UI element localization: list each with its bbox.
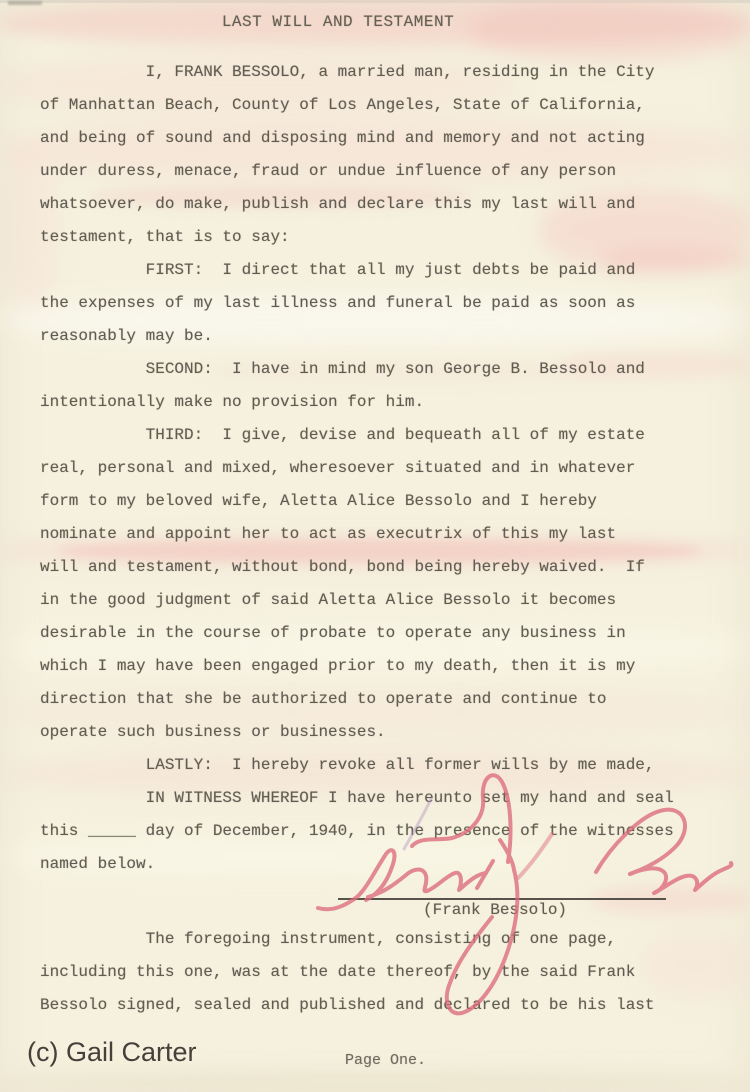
text-line: direction that she be authorized to oper… bbox=[40, 683, 674, 716]
copyright-watermark: (c) Gail Carter bbox=[27, 1037, 197, 1068]
scan-artifact-mark bbox=[8, 1, 42, 5]
document-title: LAST WILL AND TESTAMENT bbox=[0, 13, 676, 31]
text-line: this _____ day of December, 1940, in the… bbox=[40, 815, 674, 848]
text-line: IN WITNESS WHEREOF I have hereunto set m… bbox=[40, 782, 674, 815]
paper-stain bbox=[0, 1070, 750, 1092]
text-line: form to my beloved wife, Aletta Alice Be… bbox=[40, 485, 674, 518]
text-line: of Manhattan Beach, County of Los Angele… bbox=[40, 89, 674, 122]
typed-signatory-name: (Frank Bessolo) bbox=[423, 901, 567, 919]
text-line: THIRD: I give, devise and bequeath all o… bbox=[40, 419, 674, 452]
will-body-text: I, FRANK BESSOLO, a married man, residin… bbox=[40, 56, 674, 881]
signature-line bbox=[338, 898, 666, 900]
text-line: intentionally make no provision for him. bbox=[40, 386, 674, 419]
text-line: under duress, menace, fraud or undue inf… bbox=[40, 155, 674, 188]
text-line: will and testament, without bond, bond b… bbox=[40, 551, 674, 584]
attestation-text: The foregoing instrument, consisting of … bbox=[40, 923, 655, 1022]
text-line: FIRST: I direct that all my just debts b… bbox=[40, 254, 674, 287]
text-line: operate such business or businesses. bbox=[40, 716, 674, 749]
text-line: I, FRANK BESSOLO, a married man, residin… bbox=[40, 56, 674, 89]
text-line: testament, that is to say: bbox=[40, 221, 674, 254]
text-line: in the good judgment of said Aletta Alic… bbox=[40, 584, 674, 617]
text-line: real, personal and mixed, wheresoever si… bbox=[40, 452, 674, 485]
text-line: Bessolo signed, sealed and published and… bbox=[40, 989, 655, 1022]
text-line: nominate and appoint her to act as execu… bbox=[40, 518, 674, 551]
text-line: whatsoever, do make, publish and declare… bbox=[40, 188, 674, 221]
text-line: desirable in the course of probate to op… bbox=[40, 617, 674, 650]
page-number-label: Page One. bbox=[345, 1052, 426, 1069]
paper-stain bbox=[590, 886, 750, 914]
text-line: including this one, was at the date ther… bbox=[40, 956, 655, 989]
text-line: which I may have been engaged prior to m… bbox=[40, 650, 674, 683]
scan-edge-line bbox=[0, 0, 750, 3]
text-line: SECOND: I have in mind my son George B. … bbox=[40, 353, 674, 386]
text-line: LASTLY: I hereby revoke all former wills… bbox=[40, 749, 674, 782]
text-line: and being of sound and disposing mind an… bbox=[40, 122, 674, 155]
text-line: named below. bbox=[40, 848, 674, 881]
text-line: The foregoing instrument, consisting of … bbox=[40, 923, 655, 956]
paper-stain bbox=[640, 930, 750, 1000]
text-line: the expenses of my last illness and fune… bbox=[40, 287, 674, 320]
will-document-page: LAST WILL AND TESTAMENT I, FRANK BESSOLO… bbox=[0, 0, 750, 1092]
text-line: reasonably may be. bbox=[40, 320, 674, 353]
